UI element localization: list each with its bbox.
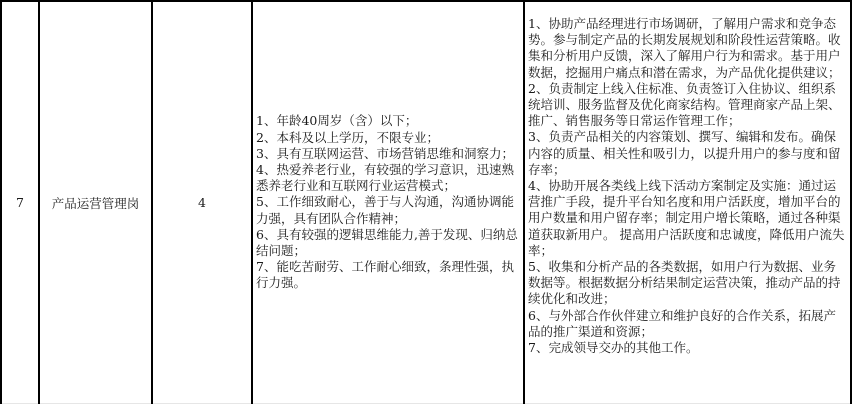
duty-item: 5、收集和分析产品的各类数据，如用户行为数据、业务数据等。根据数据分析结果制定运… xyxy=(528,259,846,308)
duty-item: 2、负责制定上线入住标准、负责签订入住协议、组织系统培训、服务监督及优化商家结构… xyxy=(528,81,846,130)
duties-cell: 1、协助产品经理进行市场调研，了解用户需求和竞争态势。参与制定产品的长期发展规划… xyxy=(524,1,851,404)
job-table-container: 7 产品运营管理岗 4 1、年龄40周岁（含）以下； 2、本科及以上学历，不限专… xyxy=(0,0,852,406)
requirement-item: 3、具有互联网运营、市场营销思维和洞察力； xyxy=(256,146,519,162)
table-row: 7 产品运营管理岗 4 1、年龄40周岁（含）以下； 2、本科及以上学历，不限专… xyxy=(1,1,851,404)
requirement-item: 5、工作细致耐心，善于与人沟通，沟通协调能力强，具有团队合作精神； xyxy=(256,194,519,226)
headcount-cell: 4 xyxy=(152,1,252,404)
requirements-cell: 1、年龄40周岁（含）以下； 2、本科及以上学历，不限专业； 3、具有互联网运营… xyxy=(252,1,524,404)
duty-item: 7、完成领导交办的其他工作。 xyxy=(528,340,846,356)
row-index: 7 xyxy=(16,195,24,210)
row-index-cell: 7 xyxy=(1,1,39,404)
job-table: 7 产品运营管理岗 4 1、年龄40周岁（含）以下； 2、本科及以上学历，不限专… xyxy=(0,0,852,404)
duty-item: 1、协助产品经理进行市场调研，了解用户需求和竞争态势。参与制定产品的长期发展规划… xyxy=(528,16,846,81)
duty-item: 6、与外部合作伙伴建立和维护良好的合作关系，拓展产品的推广渠道和资源； xyxy=(528,308,846,340)
requirement-item: 4、热爱养老行业，有较强的学习意识，迅速熟悉养老行业和互联网行业运营模式； xyxy=(256,162,519,194)
requirement-item: 6、具有较强的逻辑思维能力,善于发现、归纳总结问题； xyxy=(256,227,519,259)
position-name: 产品运营管理岗 xyxy=(52,196,140,211)
requirement-item: 1、年龄40周岁（含）以下； xyxy=(256,113,519,129)
requirement-item: 2、本科及以上学历，不限专业； xyxy=(256,130,519,146)
position-cell: 产品运营管理岗 xyxy=(39,1,152,404)
duty-item: 4、协助开展各类线上线下活动方案制定及实施：通过运营推广手段，提升平台知名度和用… xyxy=(528,178,846,259)
requirement-item: 7、能吃苦耐劳、工作耐心细致，条理性强，执行力强。 xyxy=(256,259,519,291)
duty-item: 3、负责产品相关的内容策划、撰写、编辑和发布。确保内容的质量、相关性和吸引力，以… xyxy=(528,129,846,178)
headcount: 4 xyxy=(198,195,206,210)
